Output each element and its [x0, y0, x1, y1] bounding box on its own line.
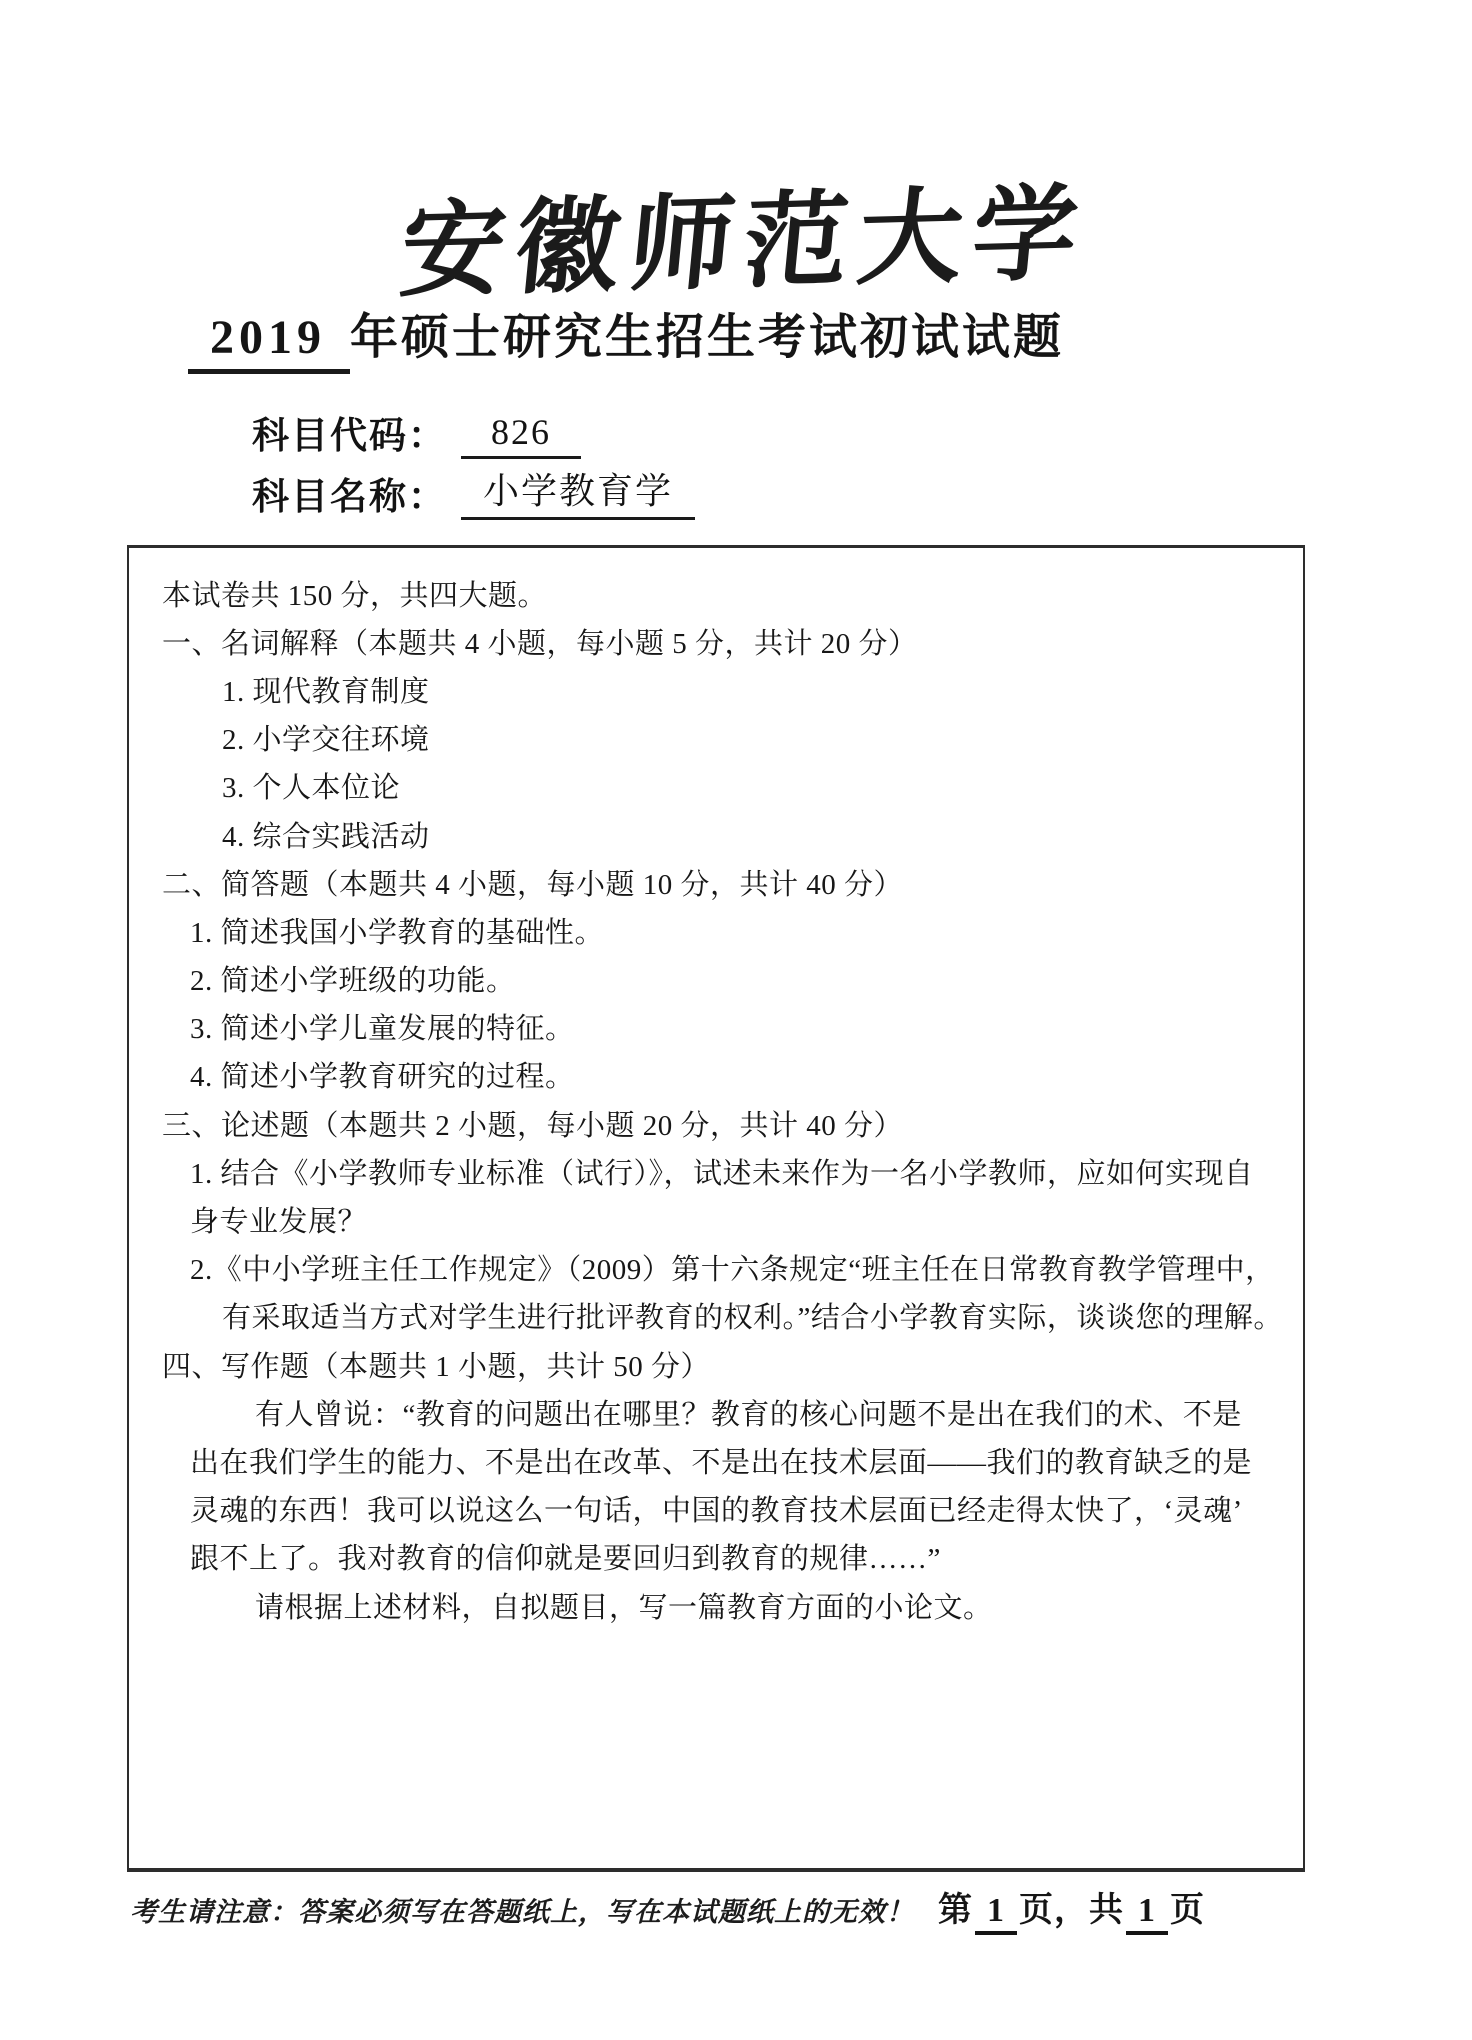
- page-indicator: 第1页，共1页: [938, 1882, 1205, 1935]
- section-2-item: 1. 简述我国小学教育的基础性。: [190, 906, 1303, 954]
- section-3-question-1-line-1: 1. 结合《小学教师专业标准（试行）》，试述未来作为一名小学教师，应如何实现自: [190, 1147, 1303, 1195]
- section-4-paragraph-line-2: 出在我们学生的能力、不是出在改革、不是出在技术层面——我们的教育缺乏的是: [190, 1436, 1303, 1484]
- section-1-item: 1. 现代教育制度: [222, 665, 1303, 713]
- section-4-paragraph-line-1: 有人曾说：“教育的问题出在哪里？教育的核心问题不是出在我们的术、不是: [255, 1388, 1303, 1436]
- section-1-item: 4. 综合实践活动: [222, 810, 1303, 858]
- page-indicator-middle: 页，共: [1019, 1892, 1124, 1929]
- section-2-item: 4. 简述小学教育研究的过程。: [190, 1051, 1303, 1099]
- section-2-item: 3. 简述小学儿童发展的特征。: [190, 1003, 1303, 1051]
- section-1-heading: 一、名词解释（本题共 4 小题，每小题 5 分，共计 20 分）: [162, 617, 1303, 665]
- section-2-item: 2. 简述小学班级的功能。: [190, 955, 1303, 1003]
- section-2-heading: 二、简答题（本题共 4 小题，每小题 10 分，共计 40 分）: [162, 858, 1303, 906]
- section-3-question-2-line-1: 2.《中小学班主任工作规定》（2009）第十六条规定“班主任在日常教育教学管理中…: [190, 1244, 1303, 1292]
- section-1-item: 3. 个人本位论: [222, 762, 1303, 810]
- paper-total-line: 本试卷共 150 分，共四大题。: [162, 569, 1303, 617]
- section-4-heading: 四、写作题（本题共 1 小题，共计 50 分）: [162, 1340, 1303, 1388]
- subject-code-value: 826: [461, 411, 581, 459]
- university-name: 安徽师范大学: [377, 149, 1114, 318]
- candidate-notice: 考生请注意：答案必须写在答题纸上，写在本试题纸上的无效！: [130, 1890, 914, 1929]
- subject-code-label: 科目代码：: [252, 405, 447, 459]
- page-indicator-suffix: 页: [1170, 1892, 1205, 1929]
- subject-name-row: 科目名称： 小学教育学: [252, 463, 695, 520]
- exam-title: 2019年硕士研究生招生考试初试试题: [188, 298, 1064, 374]
- current-page-number: 1: [975, 1892, 1017, 1935]
- subject-name-value: 小学教育学: [461, 463, 695, 520]
- section-4-closing-line: 请根据上述材料，自拟题目，写一篇教育方面的小论文。: [255, 1581, 1303, 1629]
- section-4-paragraph-line-4: 跟不上了。我对教育的信仰就是要回归到教育的规律……”: [190, 1533, 1303, 1581]
- section-1-item: 2. 小学交往环境: [222, 714, 1303, 762]
- section-3-question-1-line-2: 身专业发展？: [190, 1195, 1303, 1243]
- section-4-paragraph-line-3: 灵魂的东西！我可以说这么一句话，中国的教育技术层面已经走得太快了，‘灵魂’: [190, 1485, 1303, 1533]
- section-3-question-2-line-2: 有采取适当方式对学生进行批评教育的权利。”结合小学教育实际，谈谈您的理解。: [222, 1292, 1303, 1340]
- exam-paper-page: 安徽师范大学 2019年硕士研究生招生考试初试试题 科目代码： 826 科目名称…: [0, 0, 1472, 2040]
- exam-title-year: 2019: [188, 310, 350, 374]
- exam-title-text: 年硕士研究生招生考试初试试题: [350, 311, 1064, 364]
- section-3-heading: 三、论述题（本题共 2 小题，每小题 20 分，共计 40 分）: [162, 1099, 1303, 1147]
- subject-code-row: 科目代码： 826: [252, 405, 581, 459]
- total-page-number: 1: [1126, 1892, 1168, 1935]
- question-box: 本试卷共 150 分，共四大题。 一、名词解释（本题共 4 小题，每小题 5 分…: [127, 545, 1305, 1872]
- subject-name-label: 科目名称：: [252, 466, 447, 520]
- page-indicator-prefix: 第: [938, 1892, 973, 1929]
